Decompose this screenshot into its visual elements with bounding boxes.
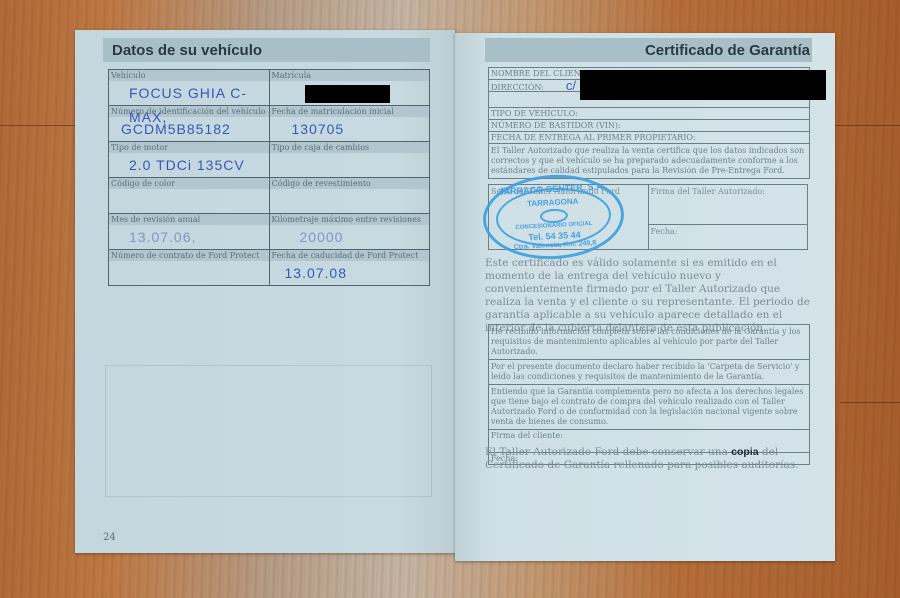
field-registration-date: Fecha de matriculación inicial130705 xyxy=(269,106,430,142)
declaration-1: He recibido información completa sobre l… xyxy=(489,325,809,360)
field-plate: Matrícula xyxy=(269,70,430,106)
left-page: Datos de su vehículo VehículoFOCUS GHIA … xyxy=(75,30,455,553)
client-declarations: He recibido información completa sobre l… xyxy=(488,324,810,465)
certificate-title: Certificado de Garantía xyxy=(645,42,810,59)
dealer-date-box: Fecha: xyxy=(648,224,808,249)
floor-seam xyxy=(840,402,900,403)
show-through-table xyxy=(105,365,432,497)
first-delivery-date-field: FECHA DE ENTREGA AL PRIMER PROPIETARIO: xyxy=(489,132,809,144)
field-ford-protect-expiry: Fecha de caducidad de Ford Protect13.07.… xyxy=(269,250,430,286)
copy-emphasis: copia xyxy=(731,446,758,458)
right-page: Certificado de Garantía NOMBRE DEL CLIEN… xyxy=(455,33,835,561)
declaration-2: Por el presente documento declaro haber … xyxy=(489,360,809,385)
declaration-3: Entiendo que la Garantía complementa per… xyxy=(489,385,809,430)
field-color: Código de color xyxy=(109,178,270,214)
handwritten-value: 13.07.08 xyxy=(270,261,430,285)
handwritten-value: 13.07.06, xyxy=(109,225,269,249)
page-title: Datos de su vehículo xyxy=(112,42,262,59)
handwritten-address: c/ xyxy=(566,80,576,92)
redaction-bar xyxy=(305,85,390,103)
field-max-km: Kilometraje máximo entre revisiones20000 xyxy=(269,214,430,250)
handwritten-value: GCDM5B85182 xyxy=(109,117,269,141)
field-annual-service: Mes de revisión anual13.07.06, xyxy=(109,214,270,250)
handwritten-value: FOCUS GHIA C-MAX, xyxy=(109,81,269,105)
vehicle-data-table: VehículoFOCUS GHIA C-MAX, Matrícula Núme… xyxy=(108,69,430,286)
handwritten-value: 130705 xyxy=(270,117,430,141)
handwritten-value: 20000 xyxy=(270,225,430,249)
handwritten-value: 2.0 TDCi 135CV xyxy=(109,153,269,177)
field-trim: Código de revestimiento xyxy=(269,178,430,214)
field-gearbox: Tipo de caja de cambios xyxy=(269,142,430,178)
vehicle-type-field: TIPO DE VEHÍCULO: xyxy=(489,108,809,120)
field-engine: Tipo de motor2.0 TDCi 135CV xyxy=(109,142,270,178)
page-number: 24 xyxy=(103,532,116,543)
field-vin: Número de identificación del vehículoGCD… xyxy=(109,106,270,142)
field-ford-protect-contract: Número de contrato de Ford Protect xyxy=(109,250,270,286)
certification-text: El Taller Autorizado que realiza la vent… xyxy=(489,144,809,178)
vin-field: NÚMERO DE BASTIDOR (VIN): xyxy=(489,120,809,132)
footer-note: El Taller Autorizado Ford debe conservar… xyxy=(485,446,815,472)
dealer-signature-box: Firma del Taller Autorizado: xyxy=(648,185,808,225)
field-vehicle: VehículoFOCUS GHIA C-MAX, xyxy=(109,70,270,106)
redaction-bar xyxy=(580,70,826,100)
